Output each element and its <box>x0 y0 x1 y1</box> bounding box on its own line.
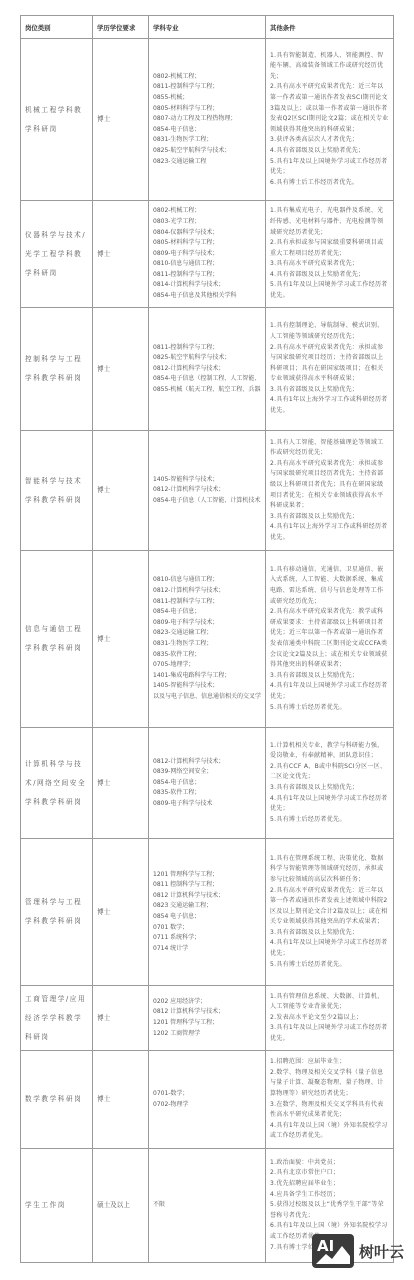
discipline-item: 0825-航空宇航科学与技术； <box>153 146 261 157</box>
discipline-cell: 0802-机械工程；0803-光学工程；0804-仪器科学与技术；0805-材料… <box>149 201 266 308</box>
post-category-cell: 智能科学与技术学科教学科研岗 <box>21 431 93 551</box>
conditions-cell: 1.具有在管理系统工程、决策优化、数据科学与智能管理等领域研究经历，承担或参与比… <box>266 839 394 986</box>
condition-item: 1.具有人工智能、智能基础理论等领域工作或研究经历优先； <box>270 438 389 459</box>
table-row: 智能科学与技术学科教学科研岗博士1405-智能科学与技术；0812-计算机科学与… <box>21 431 394 551</box>
discipline-item: 0811-控制科学与工程； <box>153 343 261 354</box>
discipline-item: 0823 交通运输工程； <box>153 901 261 912</box>
discipline-item: 0812-计算机科学与技术； <box>153 485 261 496</box>
discipline-item: 0811-控制科学与工程； <box>153 270 261 281</box>
conditions-cell: 1.具有集成光电子、光电器件及系统、光纤传感、光电材料与器件、光电检测等领域研究… <box>266 201 394 308</box>
discipline-item: 0811-控制科学与工程； <box>153 597 261 608</box>
condition-item: 4.具有1年以上海外学习工作或科研经历者优先。 <box>270 395 389 416</box>
conditions-cell: 1.招聘范围：应届毕业生；2.数学、物理及相关交叉学科（量子信息与量子计算、凝聚… <box>266 1051 394 1149</box>
condition-item: 1.招聘范围：应届毕业生； <box>270 1057 389 1068</box>
condition-item: 6.具有博士后工作经历者优先。 <box>270 178 389 189</box>
condition-item: 4.具有省部级及以上奖励者优先； <box>270 146 389 157</box>
table-row: 数学教学科研岗博士0701-数学；0702-物理学1.招聘范围：应届毕业生；2.… <box>21 1051 394 1149</box>
condition-item: 2.数学、物理及相关交叉学科（量子信息与量子计算、凝聚态物理、量子物理、计算物理… <box>270 1068 389 1100</box>
post-category-cell: 计算机科学与技术/网络空间安全学科教学科研岗 <box>21 728 93 839</box>
condition-item: 1.具有控制理论、导航制导、模式识别、人工智能等领域研究经历优先； <box>270 321 389 342</box>
table-row: 控制科学与工程学科教学科研岗博士0811-控制科学与工程；0825-航空宇航科学… <box>21 308 394 431</box>
discipline-item: 1202 工商管理学 <box>153 1029 261 1040</box>
discipline-cell: 0812-计算机科学与技术；0839-网络空间安全；0854-电子信息；0835… <box>149 728 266 839</box>
condition-item: 4.具有1年及以上国境外学习或工作经历者优先； <box>270 938 389 959</box>
post-category-cell: 仪器科学与技术/光学工程学科教学科研岗 <box>21 201 93 308</box>
discipline-item: 0854-电子信息； <box>153 607 261 618</box>
condition-item: 5.具有1年及以上国境外学习或工作经历者优先； <box>270 157 389 178</box>
condition-item: 4.具有1年以上海外学习工作或科研经历者优先。 <box>270 522 389 543</box>
discipline-item: 1201 管理科学与工程； <box>153 870 261 881</box>
discipline-item: 0714 统计学 <box>153 944 261 955</box>
condition-item: 3.具有省部级及以上奖励优先； <box>270 783 389 794</box>
post-category-cell: 控制科学与工程学科教学科研岗 <box>21 308 93 431</box>
condition-item: 5.具有博士后经历者优先。 <box>270 960 389 971</box>
header-other-conditions: 其他条件 <box>266 16 394 39</box>
discipline-item: 0702-物理学 <box>153 1100 261 1111</box>
discipline-cell: 0701-数学；0702-物理学 <box>149 1051 266 1149</box>
condition-item: 5.具有博士后经历者优先。 <box>270 815 389 826</box>
condition-item: 5.获得过校级及以上“优秀学生干部”等荣誉称号者优先； <box>270 1200 389 1221</box>
condition-item: 1.政治面貌：中共党员； <box>270 1158 389 1169</box>
discipline-item: 以及与电子信息、信息通信相关的交叉学科 <box>153 692 261 703</box>
condition-item: 5.具有1年及以上国境外学习或工作经历者优先。 <box>270 280 389 301</box>
condition-item: 2.具有CCF A、B或中科院SCI分区一区、二区论文优先； <box>270 762 389 783</box>
discipline-item: 0855-机械； <box>153 93 261 104</box>
discipline-item: 1405-智能科学与技术； <box>153 681 261 692</box>
conditions-cell: 1.具有移动通信、光通信、卫星通信、嵌入式系统、人工智能、大数据系统、集成电路、… <box>266 551 394 728</box>
discipline-item: 0854-电子信息； <box>153 778 261 789</box>
discipline-item: 0823-交通运输工程 <box>153 157 261 168</box>
post-category-cell: 数学教学科研岗 <box>21 1051 93 1149</box>
condition-item: 1.计算机相关专业，教学与科研能力强，爱岗敬业，有奉献精神，团队意识佳； <box>270 741 389 762</box>
discipline-item: 不限 <box>153 1200 261 1211</box>
discipline-item: 0804-仪器科学与技术； <box>153 228 261 239</box>
condition-item: 2.具有高水平研究成果者优先：承担或参与国家级研究项目经历者优先；主持省部级以上… <box>270 459 389 512</box>
condition-item: 3.优先招聘应届毕业生； <box>270 1179 389 1190</box>
discipline-item: 1201 管理科学与工程； <box>153 1018 261 1029</box>
discipline-item: 0809-电子科学与技术； <box>153 618 261 629</box>
discipline-item: 0812 计算机科学与技术； <box>153 891 261 902</box>
table-row: 机械工程学科教学科研岗博士0802-机械工程；0811-控制科学与工程；0855… <box>21 39 394 201</box>
degree-cell: 博士 <box>93 201 149 308</box>
discipline-item: 0805-材料科学与工程； <box>153 238 261 249</box>
condition-item: 3.获评各类高层次人才者优先； <box>270 135 389 146</box>
condition-item: 1.具有集成光电子、光电器件及系统、光纤传感、光电材料与器件、光电检测等领域研究… <box>270 206 389 238</box>
condition-item: 4.具有1年及以上国境外学习或工作经历者优先； <box>270 681 389 702</box>
table-row: 仪器科学与技术/光学工程学科教学科研岗博士0802-机械工程；0803-光学工程… <box>21 201 394 308</box>
condition-item: 3.具有省部级及以上奖励优先； <box>270 928 389 939</box>
discipline-item: 0854 电子信息； <box>153 912 261 923</box>
discipline-item: 0831-生物医学工程； <box>153 135 261 146</box>
discipline-item: 0802-机械工程； <box>153 72 261 83</box>
discipline-item: 0810-信息与通信工程； <box>153 259 261 270</box>
post-category-cell: 信息与通信工程学科教学科研岗 <box>21 551 93 728</box>
conditions-cell: 1.具有控制理论、导航制导、模式识别、人工智能等领域研究经历优先；2.具有高水平… <box>266 308 394 431</box>
discipline-cell: 不限 <box>149 1149 266 1263</box>
condition-item: 2.具有承担或参与国家级重要科研项目或重大工程项目经历者优先； <box>270 238 389 259</box>
discipline-item: 0835-软件工程； <box>153 788 261 799</box>
table-row: 信息与通信工程学科教学科研岗博士0810-信息与通信工程；0812-计算机科学与… <box>21 551 394 728</box>
discipline-item: 0811 控制科学与工程； <box>153 880 261 891</box>
condition-item: 4.具有省部级及以上奖励者优先； <box>270 270 389 281</box>
discipline-cell: 1201 管理科学与工程；0811 控制科学与工程；0812 计算机科学与技术；… <box>149 839 266 986</box>
discipline-item: 0855-机械（航天工程、航空工程、兵器工程），或其他学科专业且研究方向与控制领… <box>153 385 261 396</box>
conditions-cell: 1.计算机相关专业，教学与科研能力强，爱岗敬业，有奉献精神，团队意识佳；2.具有… <box>266 728 394 839</box>
degree-cell: 博士 <box>93 1051 149 1149</box>
discipline-item: 0823-交通运输工程； <box>153 628 261 639</box>
discipline-cell: 0202 应用经济学；0812 计算机科学与技术；1201 管理科学与工程；12… <box>149 986 266 1051</box>
post-category-cell: 学生工作岗 <box>21 1149 93 1263</box>
table-row: 管理科学与工程学科教学科研岗博士1201 管理科学与工程；0811 控制科学与工… <box>21 839 394 986</box>
recruitment-table: 岗位类别 学历学位要求 学科专业 其他条件 机械工程学科教学科研岗博士0802-… <box>20 15 394 1263</box>
degree-cell: 博士 <box>93 308 149 431</box>
conditions-cell: 1.具有人工智能、智能基础理论等领域工作或研究经历优先；2.具有高水平研究成果者… <box>266 431 394 551</box>
condition-item: 2.发表高水平论文至少2篇以上； <box>270 1013 389 1024</box>
condition-item: 3.具有高水平研究成果者优先； <box>270 259 389 270</box>
condition-item: 2.具有高水平研究成果者优先：承担或参与国家级研究项目经历；主持省部级以上科研项… <box>270 343 389 385</box>
discipline-item: 0811-控制科学与工程； <box>153 82 261 93</box>
discipline-item: 0854-电子信息及其他相关学科 <box>153 291 261 302</box>
degree-cell: 博士 <box>93 431 149 551</box>
condition-item: 4.具有1年及以上国境外学习或工作经历者优先； <box>270 794 389 815</box>
discipline-item: 1401-集成电路科学与工程； <box>153 671 261 682</box>
condition-item: 1.具有移动通信、光通信、卫星通信、嵌入式系统、人工智能、大数据系统、集成电路、… <box>270 565 389 607</box>
discipline-item: 0854-电子信息； <box>153 125 261 136</box>
degree-cell: 博士 <box>93 986 149 1051</box>
condition-item: 2.具有高水平研究成果者优先：近三年以第一作者或第一通讯作者发表SCI期刊论文3… <box>270 82 389 135</box>
discipline-item: 0802-机械工程； <box>153 206 261 217</box>
discipline-item: 0809-电子科学与技术 <box>153 799 261 810</box>
discipline-cell: 0810-信息与通信工程；0812-计算机科学与技术；0811-控制科学与工程；… <box>149 551 266 728</box>
discipline-item: 0812-计算机科学与技术； <box>153 586 261 597</box>
discipline-item: 1405-智能科学与技术； <box>153 475 261 486</box>
condition-item: 1.具有管理信息系统、大数据、计算机、人工智能等专业背景优先； <box>270 992 389 1013</box>
condition-item: 1.具有智能制造、机器人、智能测控、智能车辆、高端装备领域工作或研究经历优先； <box>270 51 389 83</box>
discipline-item: 0825-航空宇航科学与技术； <box>153 353 261 364</box>
post-category-cell: 机械工程学科教学科研岗 <box>21 39 93 201</box>
condition-item: 3.具有省部级及以上奖励优先； <box>270 385 389 396</box>
discipline-item: 0809-电子科学与技术； <box>153 249 261 260</box>
discipline-item: 0812-计算机科学与技术； <box>153 364 261 375</box>
post-category-cell: 工商管理学/应用经济学学科教学科研岗 <box>21 986 93 1051</box>
condition-item: 4.应具备学生工作经历； <box>270 1190 389 1201</box>
condition-item: 2.具有高水平研究成果者优先：近三年以第一作者或通讯作者发表上述领域中科院2区及… <box>270 886 389 928</box>
discipline-item: 0812 计算机科学与技术； <box>153 1007 261 1018</box>
condition-item: 1.具有在管理系统工程、决策优化、数据科学与智能管理等领域研究经历，承担或参与比… <box>270 854 389 886</box>
conditions-cell: 1.具有管理信息系统、大数据、计算机、人工智能等专业背景优先；2.发表高水平论文… <box>266 986 394 1051</box>
post-category-cell: 管理科学与工程学科教学科研岗 <box>21 839 93 986</box>
table-body: 机械工程学科教学科研岗博士0802-机械工程；0811-控制科学与工程；0855… <box>21 39 394 1263</box>
discipline-item: 0803-光学工程； <box>153 217 261 228</box>
discipline-cell: 1405-智能科学与技术；0812-计算机科学与技术；0854-电子信息（人工智… <box>149 431 266 551</box>
condition-item: 3.具有省部级及以上奖励优先； <box>270 512 389 523</box>
condition-item: 2.具有北京市常住户口； <box>270 1168 389 1179</box>
discipline-item: 0705-地理学； <box>153 660 261 671</box>
degree-cell: 硕士及以上 <box>93 1149 149 1263</box>
discipline-item: 0812-计算机科学与技术； <box>153 757 261 768</box>
condition-item: 3.具有省部级及以上奖励优先； <box>270 671 389 682</box>
discipline-item: 0701-数学； <box>153 1089 261 1100</box>
discipline-item: 0711 系统科学； <box>153 933 261 944</box>
watermark: AI 树叶云 <box>312 1234 404 1268</box>
conditions-cell: 1.具有智能制造、机器人、智能测控、智能车辆、高端装备领域工作或研究经历优先；2… <box>266 39 394 201</box>
recruitment-table-container: 岗位类别 学历学位要求 学科专业 其他条件 机械工程学科教学科研岗博士0802-… <box>20 15 393 1263</box>
discipline-cell: 0811-控制科学与工程；0825-航空宇航科学与技术；0812-计算机科学与技… <box>149 308 266 431</box>
discipline-item: 0807-动力工程及工程热物理； <box>153 114 261 125</box>
discipline-item: 0839-网络空间安全； <box>153 767 261 778</box>
condition-item: 3.具有1年及以上国境外学习或工作经历者优先。 <box>270 1023 389 1044</box>
condition-item: 5.具有博士后经历者优先。 <box>270 703 389 714</box>
condition-item: 4.具有1年及以上国（境）外知名院校学习或工作经历者优先。 <box>270 1121 389 1142</box>
table-row: 计算机科学与技术/网络空间安全学科教学科研岗博士0812-计算机科学与技术；08… <box>21 728 394 839</box>
discipline-item: 0854-电子信息（人工智能、计算机技术），或其他学科专业且研究方向与人工智能领… <box>153 496 261 507</box>
discipline-item: 0810-信息与通信工程； <box>153 575 261 586</box>
degree-cell: 博士 <box>93 551 149 728</box>
discipline-item: 0805-材料科学与工程； <box>153 104 261 115</box>
table-row: 工商管理学/应用经济学学科教学科研岗博士0202 应用经济学；0812 计算机科… <box>21 986 394 1051</box>
discipline-item: 0854-电子信息（控制工程、人工智能、计算机技术）； <box>153 374 261 385</box>
watermark-brand: 树叶云 <box>359 1241 404 1262</box>
degree-cell: 博士 <box>93 728 149 839</box>
degree-cell: 博士 <box>93 839 149 986</box>
discipline-item: 0701 数学； <box>153 923 261 934</box>
degree-cell: 博士 <box>93 39 149 201</box>
condition-item: 2.具有高水平研究成果者优先：教学或科研成果要求：主持省部级以上科研项目者优先；… <box>270 607 389 671</box>
header-post-category: 岗位类别 <box>21 16 93 39</box>
ai-logo-icon: AI <box>312 1234 354 1268</box>
header-degree-requirement: 学历学位要求 <box>93 16 149 39</box>
table-header-row: 岗位类别 学历学位要求 学科专业 其他条件 <box>21 16 394 39</box>
header-discipline: 学科专业 <box>149 16 266 39</box>
discipline-item: 0202 应用经济学； <box>153 997 261 1008</box>
condition-item: 3.在数学、物理及相关交叉学科具有代表性高水平研究成果者优先； <box>270 1100 389 1121</box>
discipline-item: 0835-软件工程； <box>153 650 261 661</box>
discipline-item: 0831-生物医学工程； <box>153 639 261 650</box>
discipline-item: 0814-计算机科学与技术； <box>153 280 261 291</box>
discipline-cell: 0802-机械工程；0811-控制科学与工程；0855-机械；0805-材料科学… <box>149 39 266 201</box>
